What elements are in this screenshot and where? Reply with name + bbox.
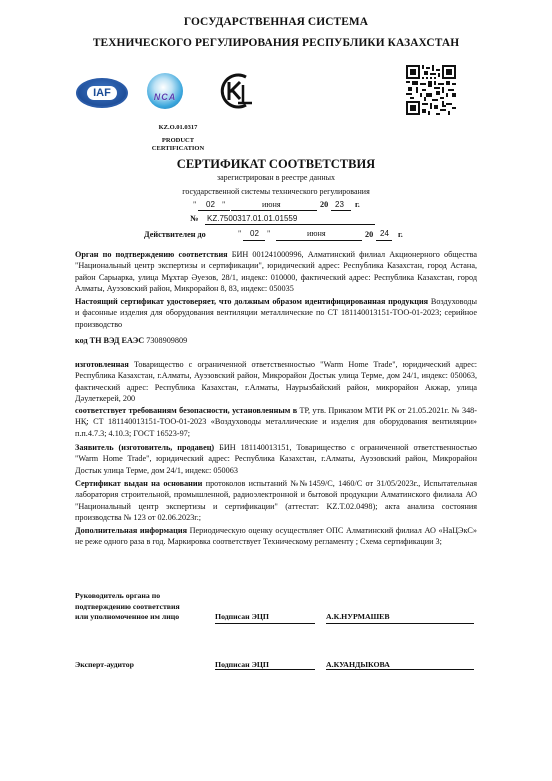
registered-line-2: государственной системы технического рег… <box>0 187 552 196</box>
valid-month: июня <box>307 229 326 238</box>
valid-quote-close: " <box>267 229 270 238</box>
tn-ved-code-value: 7308909809 <box>144 336 187 345</box>
cert-number: KZ.7500317.01.01.01559 <box>207 214 297 223</box>
certification-body-section: Орган по подтверждению соответствия БИН … <box>75 249 477 295</box>
certificate-title: СЕРТИФИКАТ СООТВЕТСТВИЯ <box>0 157 552 172</box>
iaf-logo-text: IAF <box>87 86 117 100</box>
reg-quote-close: " <box>222 200 225 209</box>
head-name: А.К.НУРМАШЕВ <box>326 612 390 623</box>
product-label: Настоящий сертификат удостоверяет, что д… <box>75 297 428 306</box>
head-role-line-1: Руководитель органа по <box>75 591 180 602</box>
reg-day: 02 <box>206 200 215 209</box>
registered-line-1: зарегистрирован в реестре данных <box>0 173 552 182</box>
manufacturer-section: изготовленная Товарищество с ограниченно… <box>75 359 477 405</box>
manufacturer-text: Товарищество с ограниченной ответственно… <box>75 360 477 403</box>
reg-month: июня <box>262 200 281 209</box>
reg-century: 20 <box>320 200 328 209</box>
manufacturer-label: изготовленная <box>75 360 129 369</box>
valid-year-suffix: г. <box>398 230 403 239</box>
tn-ved-code-section: код ТН ВЭД ЕАЭС 7308909809 <box>75 335 477 346</box>
valid-day: 02 <box>250 229 259 238</box>
expert-role: Эксперт-аудитор <box>75 660 134 671</box>
certification-body-label: Орган по подтверждению соответствия <box>75 250 228 259</box>
head-role-line-3: или уполномоченное им лицо <box>75 612 180 623</box>
reg-year-suffix: г. <box>355 200 360 209</box>
reg-quote-open: " <box>193 200 196 209</box>
additional-info-label: Дополнительная информация <box>75 526 187 535</box>
accreditation-label-certification: CERTIFICATION <box>138 145 218 152</box>
issue-basis-label: Сертификат выдан на основании <box>75 479 202 488</box>
iaf-logo-icon: IAF <box>76 78 128 108</box>
reg-year: 23 <box>335 200 344 209</box>
cert-number-label: № <box>190 214 198 223</box>
valid-until-label: Действителен до <box>144 230 206 239</box>
product-section: Настоящий сертификат удостоверяет, что д… <box>75 296 477 330</box>
nca-logo-text: NCA <box>144 92 186 102</box>
compliance-label: соответствует требованиям безопасности, … <box>75 406 297 415</box>
issue-basis-section: Сертификат выдан на основании протоколов… <box>75 478 477 524</box>
additional-info-section: Дополнительная информация Периодическую … <box>75 525 477 548</box>
qr-code-icon[interactable] <box>406 65 456 115</box>
tn-ved-code-label: код ТН ВЭД ЕАЭС <box>75 336 144 345</box>
valid-century: 20 <box>365 230 373 239</box>
kz-conformity-mark-icon <box>216 71 254 111</box>
header-line-2: ТЕХНИЧЕСКОГО РЕГУЛИРОВАНИЯ РЕСПУБЛИКИ КА… <box>0 37 552 49</box>
nca-globe-logo-icon: NCA <box>147 73 183 109</box>
applicant-label: Заявитель (изготовитель, продавец) <box>75 443 214 452</box>
valid-quote-open: " <box>238 229 241 238</box>
compliance-section: соответствует требованиям безопасности, … <box>75 405 477 439</box>
header-line-1: ГОСУДАРСТВЕННАЯ СИСТЕМА <box>0 16 552 28</box>
accreditation-label-product: PRODUCT <box>138 137 218 144</box>
head-role: Руководитель органа по подтверждению соо… <box>75 591 180 623</box>
applicant-section: Заявитель (изготовитель, продавец) БИН 1… <box>75 442 477 476</box>
head-role-line-2: подтверждению соответствия <box>75 602 180 613</box>
valid-year: 24 <box>380 229 389 238</box>
head-signature-status: Подписан ЭЦП <box>215 612 269 623</box>
accreditation-number: KZ.O.01.0317 <box>138 124 218 131</box>
